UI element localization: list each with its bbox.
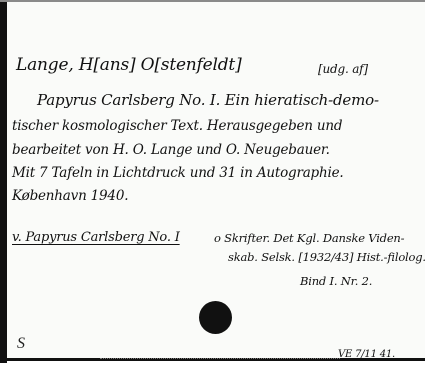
shelf-letter: S — [17, 335, 25, 353]
title-line-1: Papyrus Carlsberg No. I. Ein hieratisch-… — [37, 91, 379, 109]
title-line-4: Mit 7 Tafeln in Lichtdruck und 31 in Aut… — [12, 165, 344, 181]
author-heading: Lange, H[ans] O[stenfeldt] — [16, 55, 242, 75]
punch-hole — [199, 301, 232, 334]
bottom-dotted-rule — [100, 358, 340, 359]
title-line-3: bearbeitet von H. O. Lange und O. Neugeb… — [12, 142, 330, 158]
cross-reference: v. Papyrus Carlsberg No. I — [12, 230, 180, 245]
catalog-card: Lange, H[ans] O[stenfeldt] [udg. af] Pap… — [0, 0, 425, 361]
card-left-edge — [0, 2, 7, 363]
series-line-3: Bind I. Nr. 2. — [300, 274, 372, 288]
author-role-note: [udg. af] — [318, 62, 368, 76]
series-line-2: skab. Selsk. [1932/43] Hist.-filolog. — [228, 250, 425, 264]
cataloger-initials: VE 7/11 41. — [338, 349, 395, 360]
series-line-1: o Skrifter. Det Kgl. Danske Viden- — [214, 231, 404, 245]
imprint-line: København 1940. — [12, 188, 128, 204]
title-line-2: tischer kosmologischer Text. Herausgegeb… — [12, 118, 342, 134]
